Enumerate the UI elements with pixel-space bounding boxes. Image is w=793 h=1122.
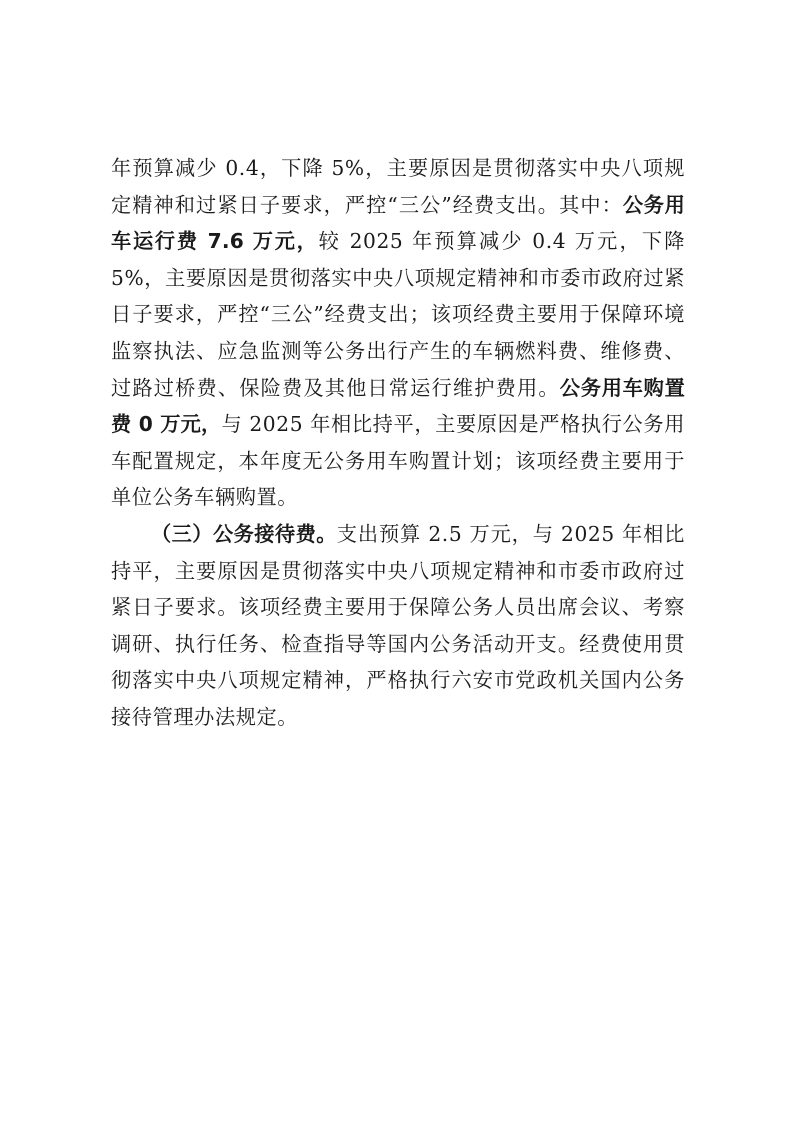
text-segment: 较 2025 年预算减少 0.4 万元，下降 5%，主要原因是贯彻落实中央八项规… xyxy=(111,229,685,399)
section-heading-reception: （三）公务接待费。 xyxy=(151,522,337,546)
paragraph-vehicle-expenses: 年预算减少 0.4，下降 5%，主要原因是贯彻落实中央八项规定精神和过紧日子要求… xyxy=(111,150,685,516)
paragraph-reception-expenses: （三）公务接待费。支出预算 2.5 万元，与 2025 年相比持平，主要原因是贯… xyxy=(111,516,685,736)
document-page: 年预算减少 0.4，下降 5%，主要原因是贯彻落实中央八项规定精神和过紧日子要求… xyxy=(111,150,685,736)
text-segment: 支出预算 2.5 万元，与 2025 年相比持平，主要原因是贯彻落实中央八项规定… xyxy=(111,522,685,729)
text-segment: 年预算减少 0.4，下降 5%，主要原因是贯彻落实中央八项规定精神和过紧日子要求… xyxy=(111,156,685,217)
